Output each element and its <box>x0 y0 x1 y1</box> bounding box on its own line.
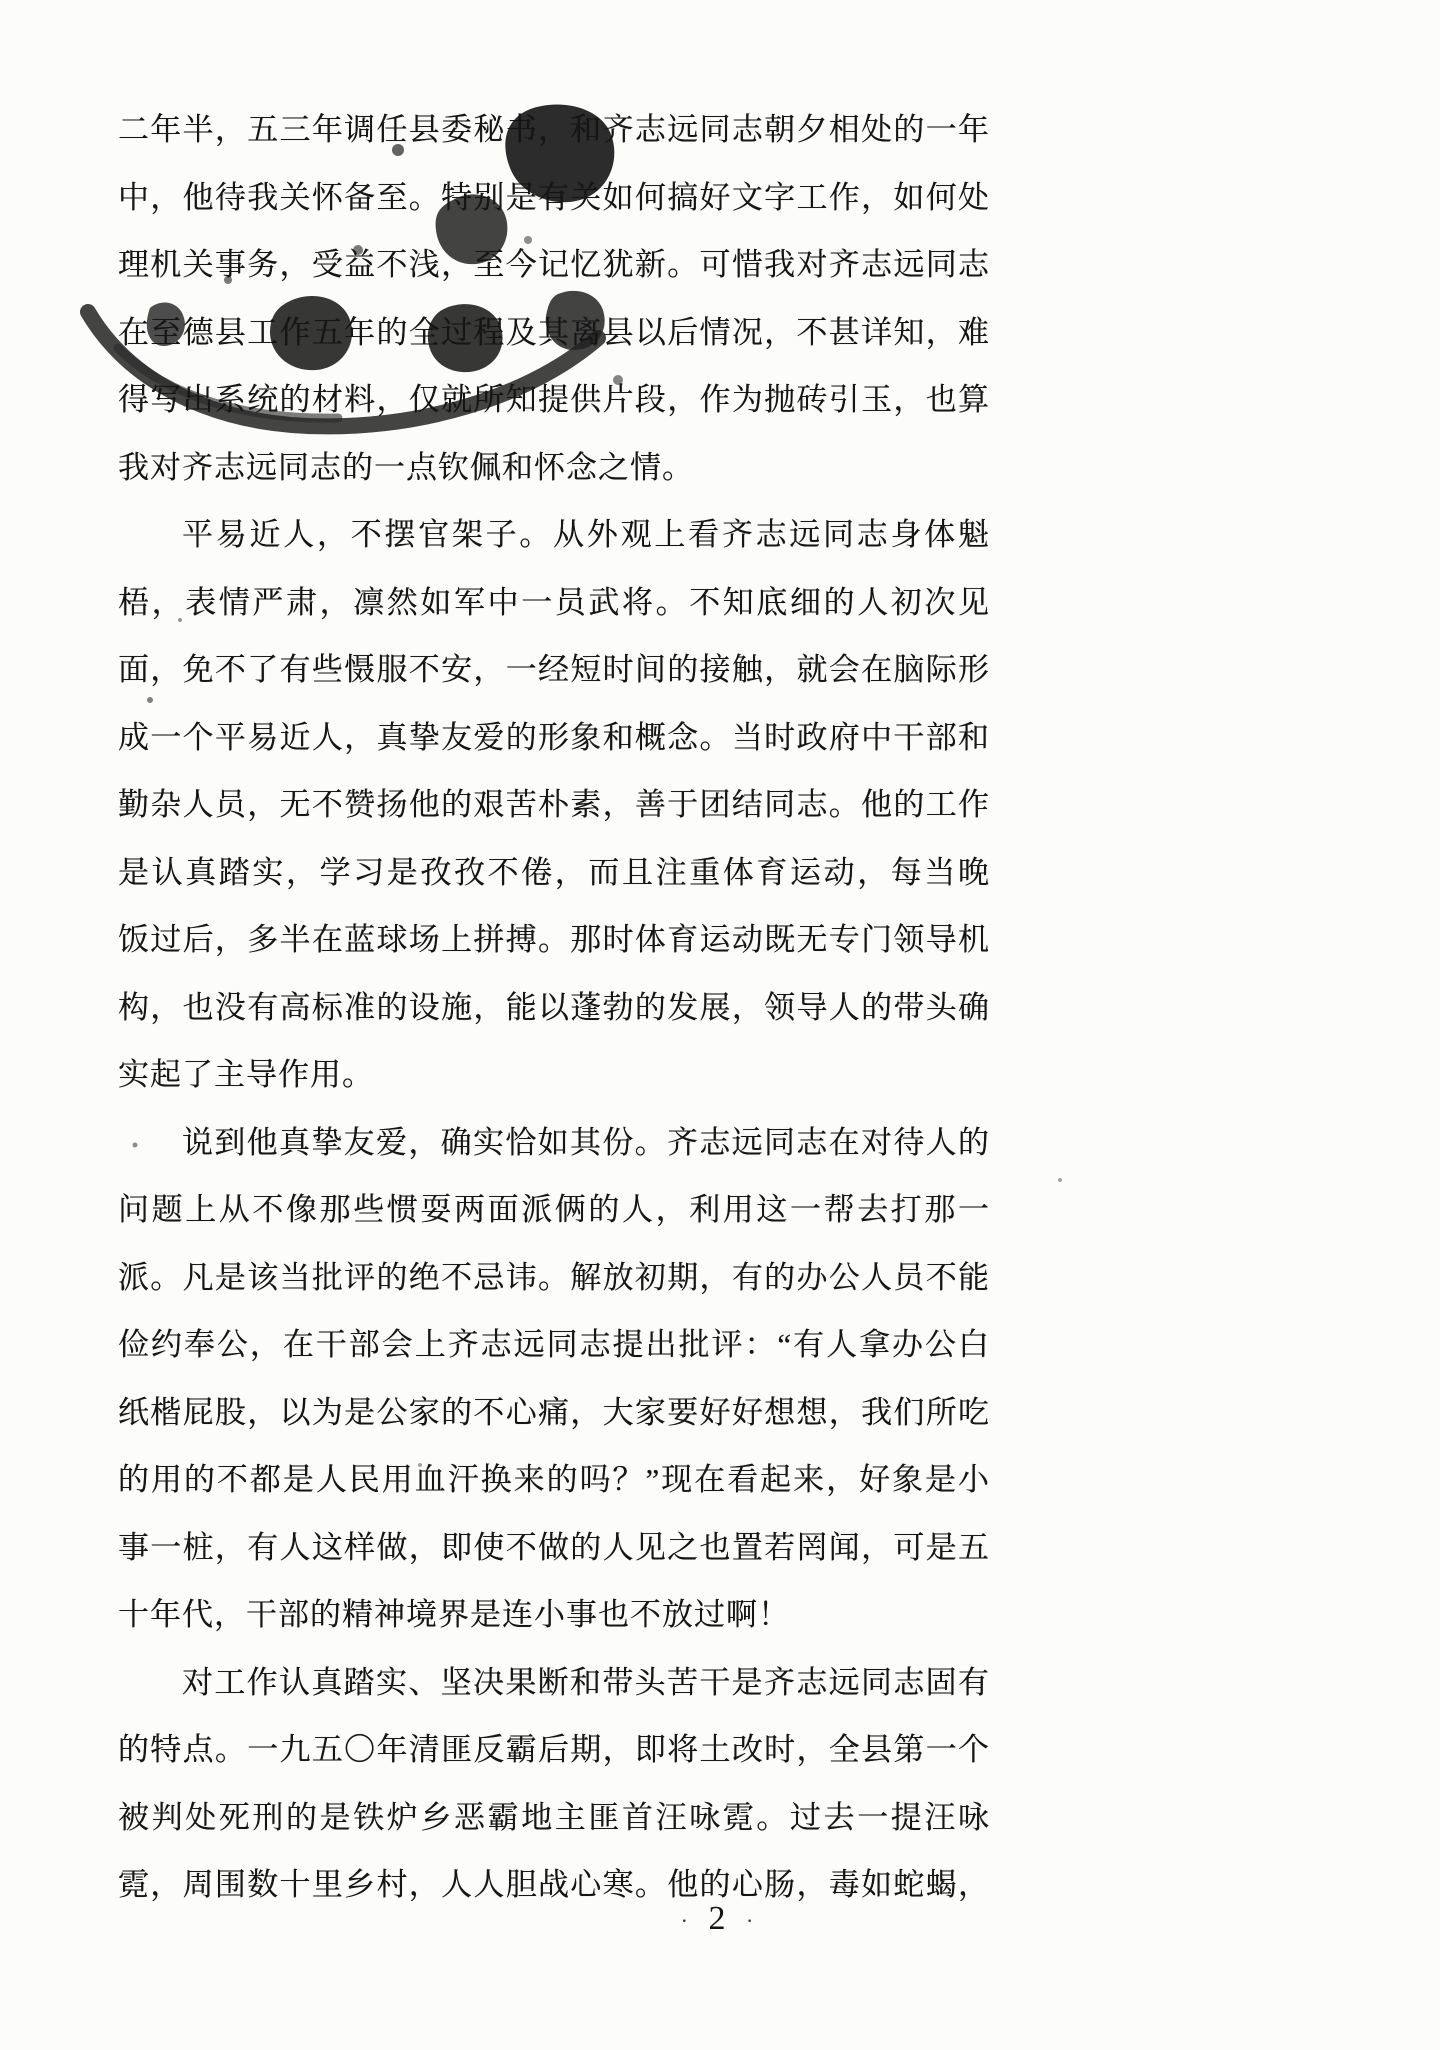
text-line: 是认真踏实，学习是孜孜不倦，而且注重体育运动，每当晚 <box>118 839 990 907</box>
text-line: 说到他真挚友爱，确实恰如其份。齐志远同志在对待人的 <box>118 1109 990 1177</box>
text-line: 俭约奉公，在干部会上齐志远同志提出批评：“有人拿办公白 <box>118 1311 990 1379</box>
page-number-left-dot: · <box>681 1908 694 1933</box>
text-block: 二年半，五三年调任县委秘书，和齐志远同志朝夕相处的一年 中，他待我关怀备至。特别… <box>118 96 990 1919</box>
text-line: 派。凡是该当批评的绝不忌讳。解放初期，有的办公人员不能 <box>118 1244 990 1312</box>
text-line: 在至德县工作五年的全过程及其离县以后情况，不甚详知，难 <box>118 299 990 367</box>
text-line: 构，也没有高标准的设施，能以蓬勃的发展，领导人的带头确 <box>118 974 990 1042</box>
text-line: 纸楷屁股，以为是公家的不心痛，大家要好好想想，我们所吃 <box>118 1379 990 1447</box>
text-line: 理机关事务，受益不浅，至今记忆犹新。可惜我对齐志远同志 <box>118 231 990 299</box>
text-line: 事一桩，有人这样做，即使不做的人见之也置若罔闻，可是五 <box>118 1514 990 1582</box>
text-line: 对工作认真踏实、坚决果断和带头苦干是齐志远同志固有 <box>118 1649 990 1717</box>
text-line: 中，他待我关怀备至。特别是有关如何搞好文字工作，如何处 <box>118 164 990 232</box>
text-line: 面，免不了有些慑服不安，一经短时间的接触，就会在脑际形 <box>118 636 990 704</box>
text-line: 十年代，干部的精神境界是连小事也不放过啊！ <box>118 1581 990 1649</box>
text-line: 被判处死刑的是铁炉乡恶霸地主匪首汪咏霓。过去一提汪咏 <box>118 1784 990 1852</box>
text-line: 二年半，五三年调任县委秘书，和齐志远同志朝夕相处的一年 <box>118 96 990 164</box>
text-line: 的特点。一九五〇年清匪反霸后期，即将土改时，全县第一个 <box>118 1716 990 1784</box>
page-number-right-dot: · <box>746 1908 759 1933</box>
text-line: 梧，表情严肃，凛然如军中一员武将。不知底细的人初次见 <box>118 569 990 637</box>
text-line: 得写出系统的材料，仅就所知提供片段，作为抛砖引玉，也算 <box>118 366 990 434</box>
text-line: 饭过后，多半在蓝球场上拼搏。那时体育运动既无专门领导机 <box>118 906 990 974</box>
text-line: 问题上从不像那些惯耍两面派俩的人，利用这一帮去打那一 <box>118 1176 990 1244</box>
text-line: 的用的不都是人民用血汗换来的吗？”现在看起来，好象是小 <box>118 1446 990 1514</box>
text-line: 勤杂人员，无不赞扬他的艰苦朴素，善于团结同志。他的工作 <box>118 771 990 839</box>
text-line: 成一个平易近人，真挚友爱的形象和概念。当时政府中干部和 <box>118 704 990 772</box>
page-footer: · 2 · <box>0 1900 1440 1938</box>
scanned-document-page: 二年半，五三年调任县委秘书，和齐志远同志朝夕相处的一年 中，他待我关怀备至。特别… <box>0 0 1440 2050</box>
text-line: 我对齐志远同志的一点钦佩和怀念之情。 <box>118 434 990 502</box>
page-number: 2 <box>709 1900 732 1937</box>
text-line: 平易近人，不摆官架子。从外观上看齐志远同志身体魁 <box>118 501 990 569</box>
text-line: 实起了主导作用。 <box>118 1041 990 1109</box>
